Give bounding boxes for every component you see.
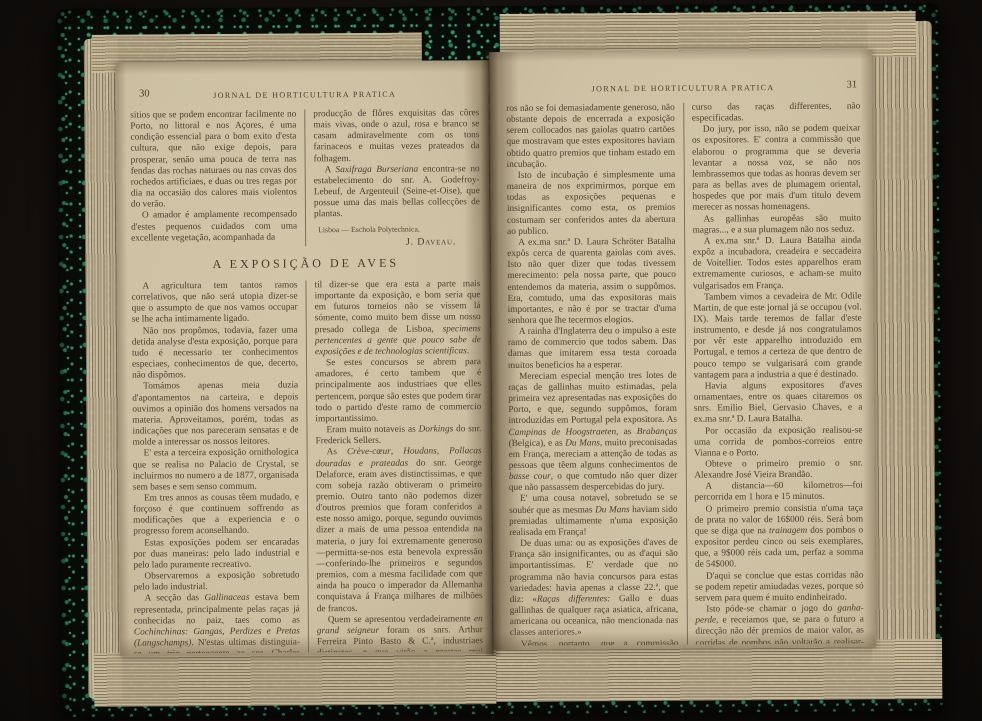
photo-background: 30 JORNAL DE HORTICULTURA PRATICA sitios… xyxy=(0,0,982,721)
paragraph: As Crève-cœur, Houdans, Pollacas dourada… xyxy=(316,446,483,614)
paragraph: E' esta a terceira exposição ornithologi… xyxy=(133,448,299,494)
paragraph: Havia alguns expositores d'aves ornament… xyxy=(694,380,863,426)
paragraph: Isto de incubação é simplesmente uma man… xyxy=(507,170,676,238)
paragraph: D'aqui se conclue que estas corridas não… xyxy=(695,570,864,605)
text-column: sitios que se podem encontrar facilmente… xyxy=(130,109,297,247)
page-left: 30 JORNAL DE HORTICULTURA PRATICA sitios… xyxy=(116,60,493,657)
paragraph: A secção das Gallinaceas estava bem repr… xyxy=(134,593,300,654)
book-cover: 30 JORNAL DE HORTICULTURA PRATICA sitios… xyxy=(56,3,945,717)
paragraph: Estas exposições podem ser encaradas por… xyxy=(133,537,299,572)
paragraph: Se estes concursos se abrem para amadore… xyxy=(315,357,481,425)
paragraph: til dizer-se que era esta a parte mais i… xyxy=(314,279,481,358)
page-number-left: 30 xyxy=(139,88,150,99)
paragraph: De duas uma: ou as exposições d'aves de … xyxy=(509,538,678,640)
page-left-intro-section: sitios que se podem encontrar facilmente… xyxy=(130,108,480,247)
text-column: til dizer-se que era esta a parte mais i… xyxy=(305,279,483,652)
paragraph: O amador é amplamente recompensado d'est… xyxy=(131,210,297,245)
text-column: producção de flôres exquisitas das côres… xyxy=(304,108,480,246)
paragraph: Quem se apresentou verdadeiramente en gr… xyxy=(317,614,483,653)
page-left-body-section: A agricultura tem tantos ramos correlati… xyxy=(131,279,483,653)
paragraph: A agricultura tem tantos ramos correlati… xyxy=(131,280,297,326)
text-column: ros não se foi demasiadamente generoso, … xyxy=(506,103,678,646)
paragraph: O primeiro premio consistia n'uma taça d… xyxy=(695,503,864,571)
paragraph: A ex.ma snr.ª D. Laura Schröter Batalha … xyxy=(507,237,676,327)
paragraph: Isto póde-se chamar o jogo do ganha-perd… xyxy=(695,603,864,644)
paragraph: Por occasião da exposição realisou-se um… xyxy=(694,425,863,460)
paragraph: ros não se foi demasiadamente generoso, … xyxy=(506,103,675,171)
page-right: JORNAL DE HORTICULTURA PRATICA 31 ros nã… xyxy=(489,49,876,650)
paragraph: Mereciam especial menção tres lotes de r… xyxy=(508,371,677,495)
paragraph: sitios que se podem encontrar facilmente… xyxy=(130,109,297,211)
page-edges-right xyxy=(868,21,936,665)
running-title-right: JORNAL DE HORTICULTURA PRATICA xyxy=(592,83,775,93)
paragraph: producção de flôres exquisitas das côres… xyxy=(313,108,479,165)
paragraph: A distancia—60 kilometros—foi percorrida… xyxy=(694,481,863,504)
paragraph: Lisboa — Eschola Polytechnica. xyxy=(314,223,480,235)
paragraph: Não nos propômos, todavia, fazer uma det… xyxy=(132,325,298,382)
paragraph: A Saxifraga Burseriana encontra-se no es… xyxy=(314,164,480,221)
page-left-content: 30 JORNAL DE HORTICULTURA PRATICA sitios… xyxy=(116,60,493,657)
paragraph: Tomámos apenas meia duzia d'apontamentos… xyxy=(132,381,298,449)
running-title-left: JORNAL DE HORTICULTURA PRATICA xyxy=(213,89,396,99)
paragraph: Obteve o primeiro premio o snr. Alexandr… xyxy=(694,458,863,481)
text-column: A agricultura tem tantos ramos correlati… xyxy=(131,280,300,653)
paragraph: Tambem vimos a cevadeira de Mr. Odile Ma… xyxy=(693,291,862,381)
paragraph: As gallinhas europêas são muito magras..… xyxy=(692,213,861,236)
page-edges-bottom-left xyxy=(94,650,496,707)
paragraph: A ex.ma snr.ª D. Laura Batalha ainda exp… xyxy=(693,235,862,292)
page-right-content: JORNAL DE HORTICULTURA PRATICA 31 ros nã… xyxy=(489,49,876,650)
paragraph: E' uma cousa notavel, sobretudo se se so… xyxy=(509,493,678,539)
section-heading: A EXPOSIÇÃO DE AVES xyxy=(131,255,480,272)
paragraph: J. Daveau. xyxy=(314,236,480,247)
paragraph: curso das raças differentes, não especif… xyxy=(692,101,861,124)
page-right-body-section: ros não se foi demasiadamente generoso, … xyxy=(506,101,864,645)
paragraph: Do jury, por isso, não se podem queixar … xyxy=(692,124,861,214)
paragraph: Vêmos, portanto, que a commissão encarre… xyxy=(510,638,679,646)
paragraph: A rainha d'Inglaterra deu o impulso a es… xyxy=(508,326,677,372)
paragraph: Observaremos a exposição sobretudo pelo … xyxy=(133,570,299,593)
paragraph: Eram muito notaveis as Dorkings do snr. … xyxy=(315,424,481,447)
page-left-header: 30 JORNAL DE HORTICULTURA PRATICA xyxy=(130,86,479,105)
page-number-right: 31 xyxy=(847,80,858,91)
page-right-header: JORNAL DE HORTICULTURA PRATICA 31 xyxy=(506,79,860,98)
paragraph: Em tres annos as cousas têem mudado, e f… xyxy=(133,492,299,538)
text-column: curso das raças differentes, não especif… xyxy=(683,101,864,644)
